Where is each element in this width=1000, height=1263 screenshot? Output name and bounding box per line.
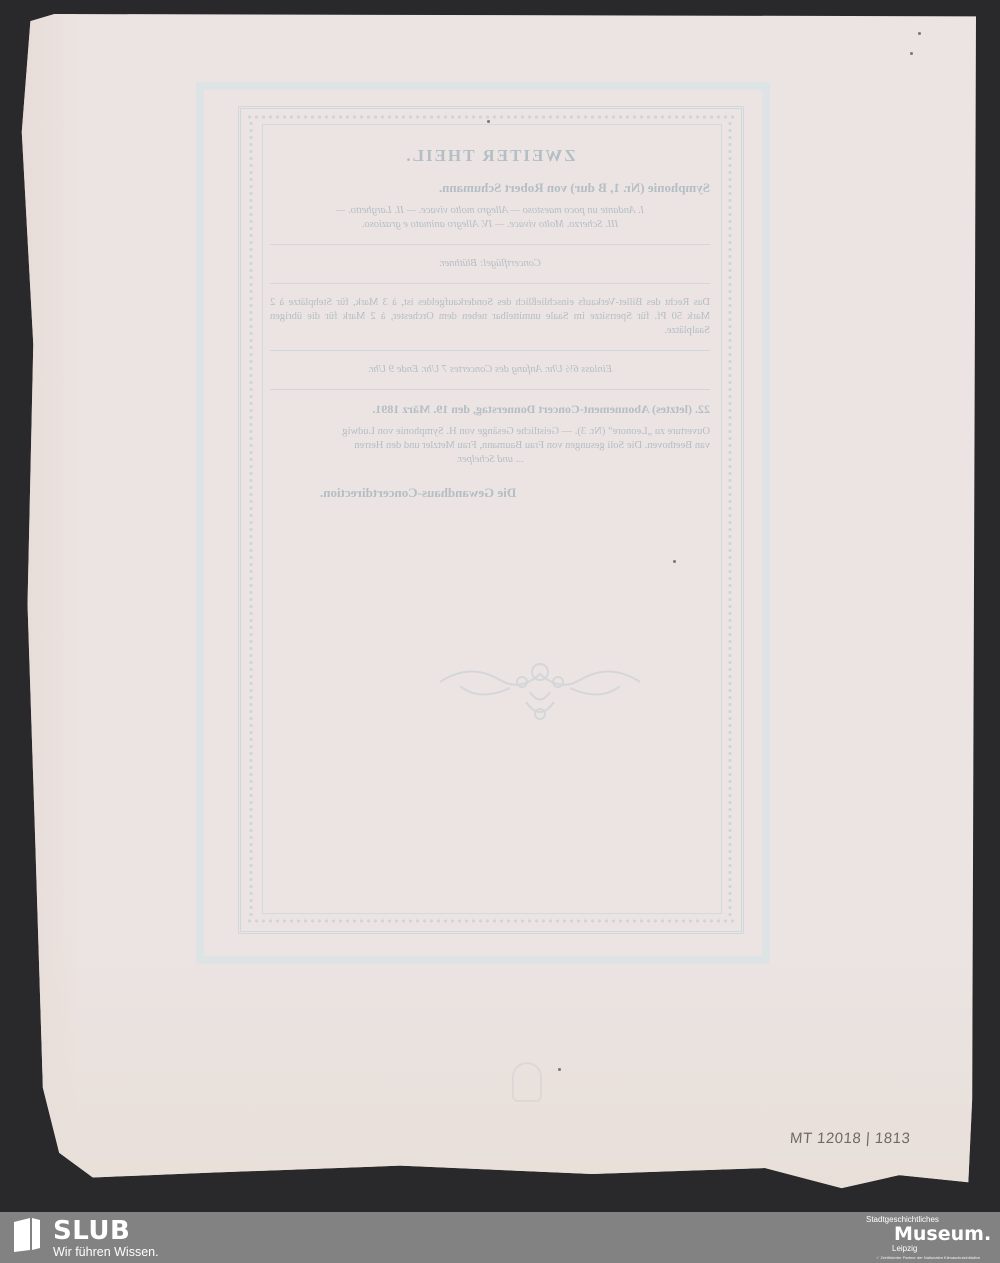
bleed-signature: Die Gewandhaus-Concertdirection. xyxy=(270,485,710,501)
embossed-stamp xyxy=(512,1062,542,1102)
bead-border-top xyxy=(246,114,736,120)
slub-logo-text: SLUB xyxy=(53,1216,130,1246)
next-concert-line: ... und Schelper. xyxy=(270,453,710,467)
paper-spot xyxy=(918,32,921,35)
divider xyxy=(270,283,710,284)
next-concert-title: 22. (letztes) Abonnement-Concert Donners… xyxy=(270,402,710,417)
bleed-through-text: ZWEITER THEIL. Symphonie (Nr. 1, B dur) … xyxy=(270,140,710,501)
slub-tagline: Wir führen Wissen. xyxy=(53,1245,159,1259)
footer-bar: SLUB Wir führen Wissen. Stadtgeschichtli… xyxy=(0,1212,1000,1263)
movement-line: III. Scherzo. Molto vivace. — IV. Allegr… xyxy=(270,218,710,232)
movement-list: I. Andante un poco maestoso — Allegro mo… xyxy=(270,204,710,232)
ornament-vignette-icon xyxy=(430,652,650,732)
movement-line: I. Andante un poco maestoso — Allegro mo… xyxy=(270,204,710,218)
next-concert-line: Ouverture zu „Leonore“ (Nr. 3). — Geistl… xyxy=(270,425,710,439)
museum-city: Leipzig xyxy=(892,1244,917,1253)
museum-certification: ✓ Zertifizierter Partner der Nationalen … xyxy=(876,1255,980,1260)
bead-border-left xyxy=(248,120,254,920)
divider xyxy=(270,389,710,390)
instrument-note: Concertflügel: Blüthner. xyxy=(270,257,710,271)
next-concert-program: Ouverture zu „Leonore“ (Nr. 3). — Geistl… xyxy=(270,425,710,467)
next-concert-line: van Beethoven. Die Soli gesungen von Fra… xyxy=(270,439,710,453)
ticket-paragraph: Das Recht des Billet-Verkaufs einschließ… xyxy=(270,296,710,338)
paper-spot xyxy=(558,1068,561,1071)
bleed-heading: ZWEITER THEIL. xyxy=(270,146,710,166)
paper-spot xyxy=(487,120,490,123)
paper-spot xyxy=(673,560,676,563)
doors-note: Einlass 6½ Uhr. Anfang des Concertes 7 U… xyxy=(270,363,710,377)
divider xyxy=(270,350,710,351)
shelfmark-annotation: MT 12018 | 1813 xyxy=(789,1130,911,1147)
bead-border-bottom xyxy=(246,918,736,924)
bead-border-right xyxy=(727,120,733,920)
museum-logo-text: Museum. xyxy=(894,1223,991,1245)
paper-spot xyxy=(910,52,913,55)
divider xyxy=(270,244,710,245)
book-icon xyxy=(12,1216,42,1254)
bleed-subheading: Symphonie (Nr. 1, B dur) von Robert Schu… xyxy=(270,180,710,196)
